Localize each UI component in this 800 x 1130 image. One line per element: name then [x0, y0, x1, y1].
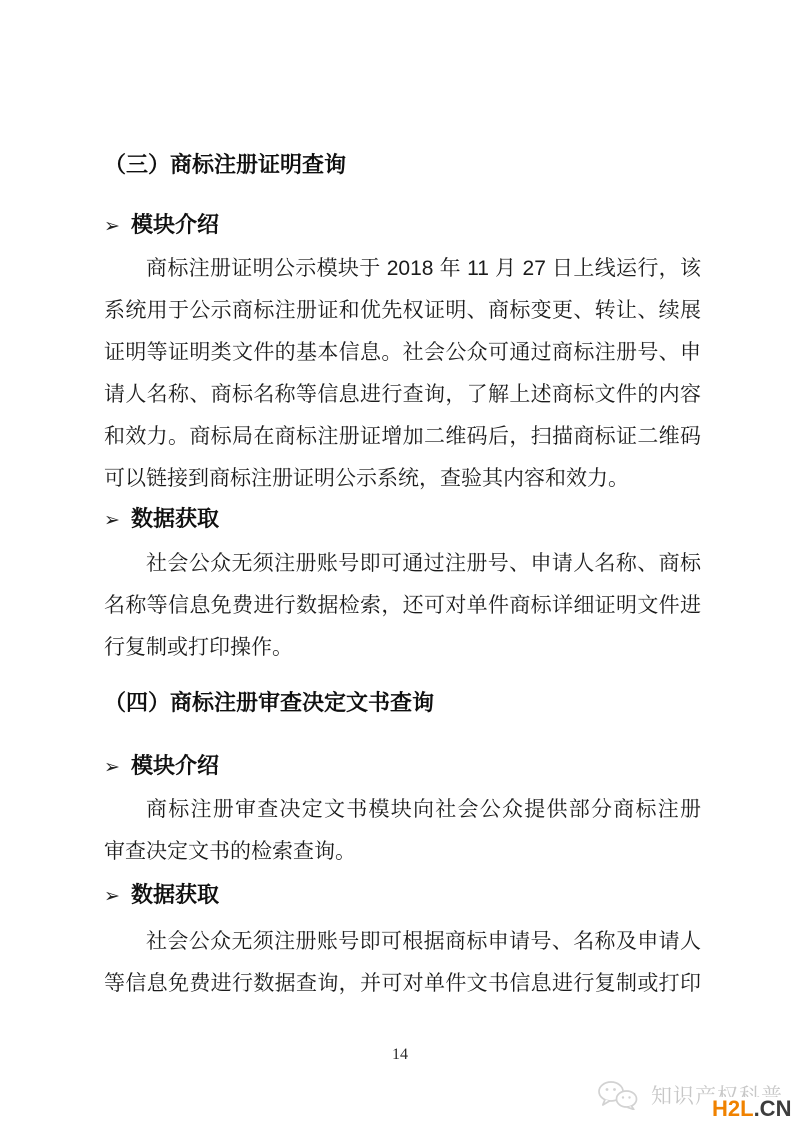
paragraph-data-access: 社会公众无须注册账号即可通过注册号、申请人名称、商标名称等信息免费进行数据检索，…: [104, 543, 701, 669]
bullet-item-data-access: ➢ 数据获取: [104, 504, 701, 536]
text-line: 名称等信息免费进行数据检索，还可对单件商标详细证明文件进: [104, 585, 701, 627]
bullet-label: 模块介绍: [131, 751, 219, 781]
wechat-icon: [596, 1080, 640, 1110]
paragraph-data-access: 社会公众无须注册账号即可根据商标申请号、名称及申请人等信息免费进行数据查询，并可…: [104, 921, 701, 1005]
text-line: 行复制或打印操作。: [104, 627, 701, 669]
arrowhead-bullet-icon: ➢: [104, 882, 131, 912]
arrowhead-bullet-icon: ➢: [104, 753, 131, 783]
text-line: 系统用于公示商标注册证和优先权证明、商标变更、转让、续展: [104, 290, 701, 332]
text-line: 可以链接到商标注册证明公示系统，查验其内容和效力。: [104, 458, 701, 500]
text-line: 审查决定文书的检索查询。: [104, 831, 701, 873]
arrowhead-bullet-icon: ➢: [104, 506, 131, 536]
text-line: 和效力。商标局在商标注册证增加二维码后，扫描商标证二维码: [104, 416, 701, 458]
text-line: 证明等证明类文件的基本信息。社会公众可通过商标注册号、申: [104, 332, 701, 374]
text-line: 商标注册证明公示模块于 2018 年 11 月 27 日上线运行，该: [104, 248, 701, 290]
text-line: 等信息免费进行数据查询，并可对单件文书信息进行复制或打印: [104, 963, 701, 1005]
brand-suffix: .CN: [754, 1096, 792, 1121]
text-line: 请人名称、商标名称等信息进行查询，了解上述商标文件的内容: [104, 374, 701, 416]
bullet-label: 数据获取: [131, 880, 219, 910]
section-heading-4: （四）商标注册审查决定文书查询: [104, 688, 701, 718]
bullet-label: 数据获取: [131, 504, 219, 534]
paragraph-module-intro: 商标注册审查决定文书模块向社会公众提供部分商标注册审查决定文书的检索查询。: [104, 789, 701, 873]
text-line: 商标注册审查决定文书模块向社会公众提供部分商标注册: [104, 789, 701, 831]
document-page: （三）商标注册证明查询 ➢ 模块介绍 商标注册证明公示模块于 2018 年 11…: [0, 0, 800, 1130]
bullet-label: 模块介绍: [131, 210, 219, 240]
paragraph-module-intro: 商标注册证明公示模块于 2018 年 11 月 27 日上线运行，该系统用于公示…: [104, 248, 701, 500]
page-number: 14: [0, 1046, 800, 1064]
text-line: 社会公众无须注册账号即可通过注册号、申请人名称、商标: [104, 543, 701, 585]
brand-text: H2L: [712, 1096, 754, 1121]
bullet-item-module-intro: ➢ 模块介绍: [104, 751, 701, 783]
bullet-item-module-intro: ➢ 模块介绍: [104, 210, 701, 242]
section-heading-3: （三）商标注册证明查询: [104, 150, 701, 180]
watermark-domain: H2L.CN: [712, 1097, 791, 1121]
arrowhead-bullet-icon: ➢: [104, 212, 131, 242]
text-line: 社会公众无须注册账号即可根据商标申请号、名称及申请人: [104, 921, 701, 963]
bullet-item-data-access: ➢ 数据获取: [104, 880, 701, 912]
page-content: （三）商标注册证明查询 ➢ 模块介绍 商标注册证明公示模块于 2018 年 11…: [104, 0, 701, 1005]
